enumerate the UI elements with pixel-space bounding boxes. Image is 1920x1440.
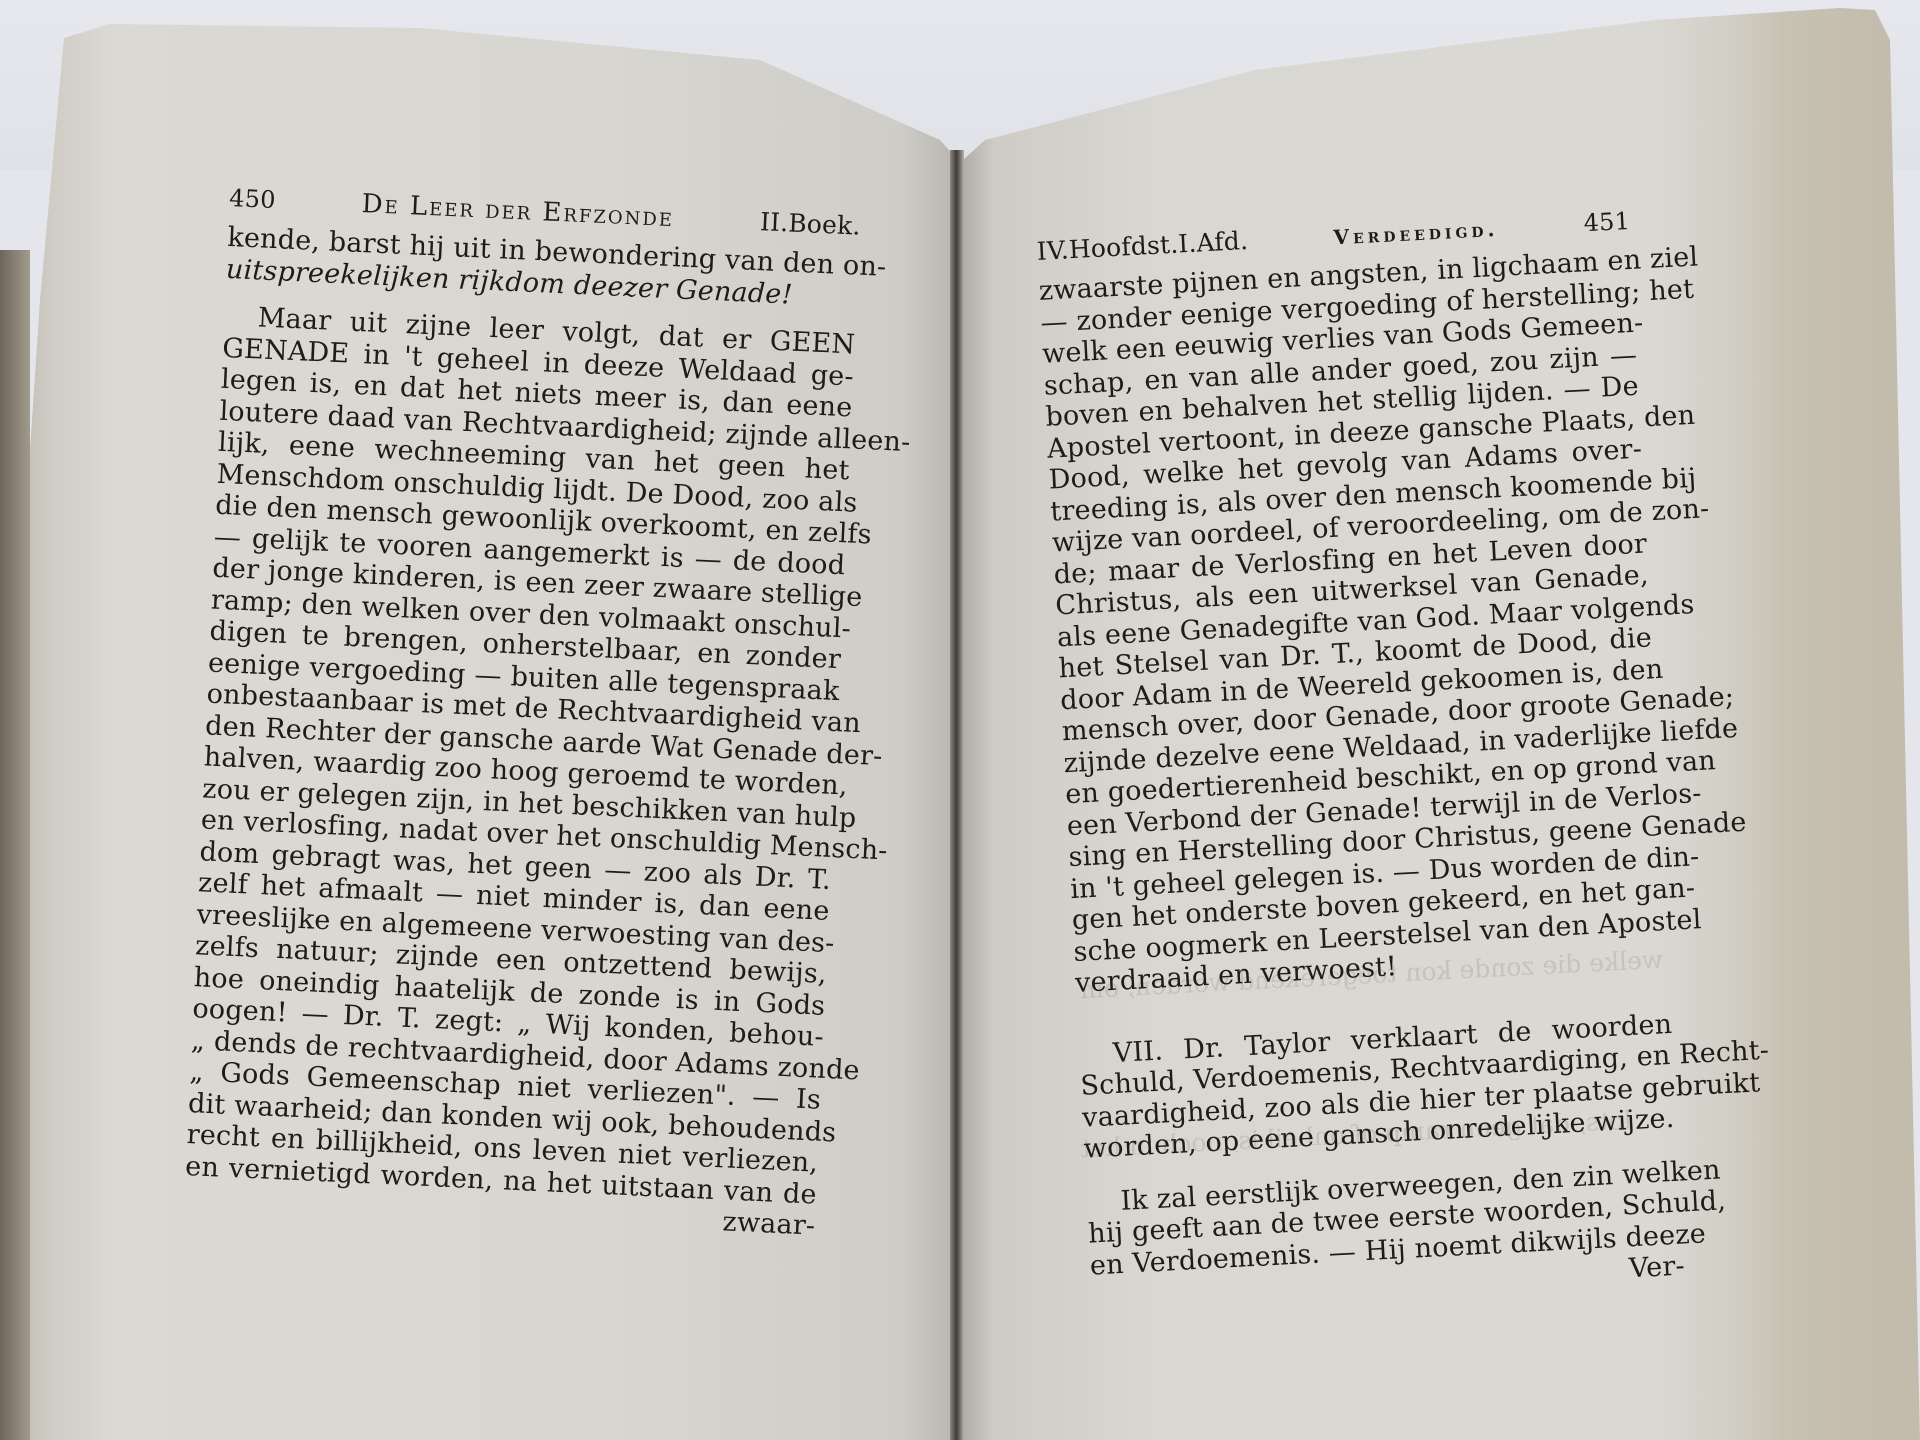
- page-number-left: 450: [229, 183, 277, 217]
- book-gutter: [950, 150, 964, 1440]
- left-page-text: 450 De Leer der Erfzonde II.Boek. kende,…: [183, 182, 861, 1242]
- right-page-text: IV.Hoofdst.I.Afd. Verdeedigd. 451 zwaars…: [1036, 205, 1686, 1313]
- book-label: II.Boek.: [759, 206, 861, 242]
- page-number-right: 451: [1583, 206, 1631, 240]
- book-edge: [0, 250, 30, 1440]
- running-title-right: Verdeedigd.: [1333, 214, 1499, 254]
